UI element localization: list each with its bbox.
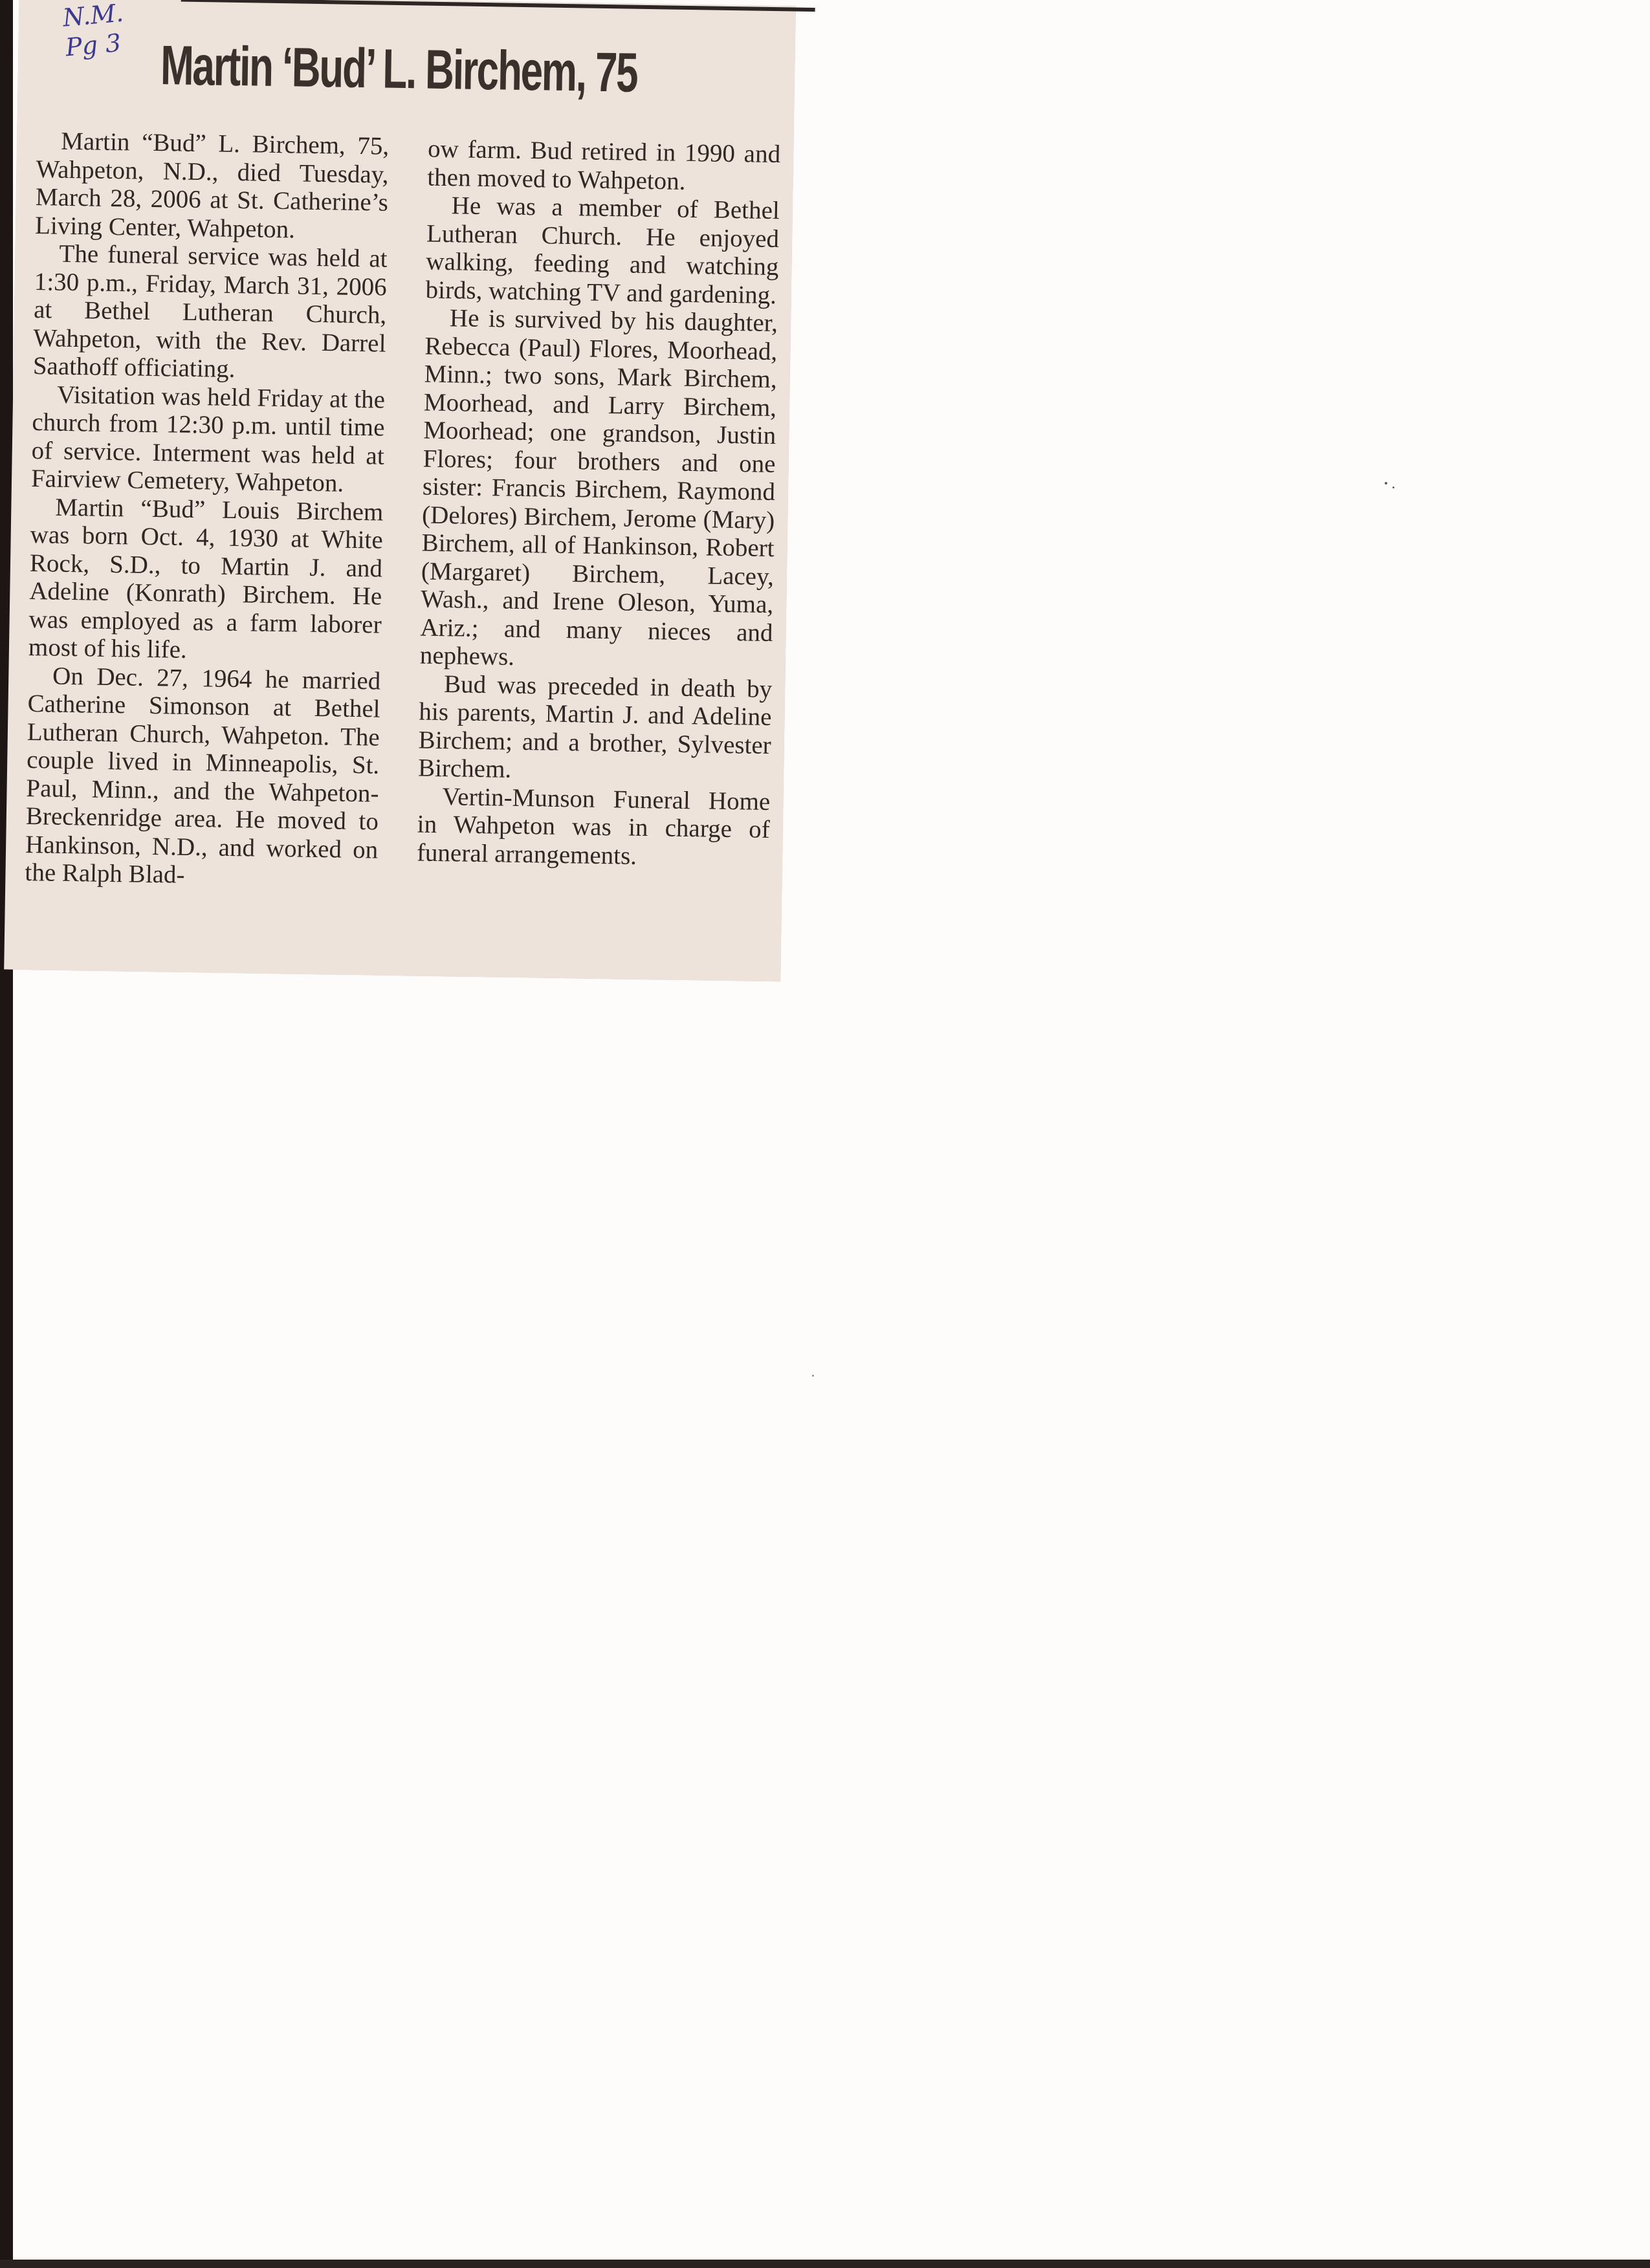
dust-speck <box>1392 486 1394 488</box>
paragraph-birth: Martin “Bud” Louis Birchem was born Oct.… <box>28 493 384 668</box>
scanner-edge-bottom <box>0 2260 1650 2268</box>
obituary-headline: Martin ‘Bud’ L. Birchem, 75 <box>160 34 626 105</box>
dust-speck <box>812 1375 814 1377</box>
header-rule <box>181 0 815 12</box>
right-column: ow farm. Bud retired in 1990 and then mo… <box>417 135 781 872</box>
paragraph-marriage: On Dec. 27, 1964 he married Catherine Si… <box>25 662 380 893</box>
paragraph-death-notice: Martin “Bud” L. Birchem, 75, Wahpeton, N… <box>35 127 390 245</box>
paragraph-funeral-service: The funeral service was held at 1:30 p.m… <box>32 239 387 386</box>
handwritten-note: N.M. Pg 3 <box>61 0 127 62</box>
paragraph-preceded: Bud was preceded in death by his parents… <box>418 670 773 788</box>
paragraph-funeral-home: Vertin-Munson Funeral Home in Wahpeton w… <box>417 782 771 872</box>
paragraph-retirement: ow farm. Bud retired in 1990 and then mo… <box>427 135 780 197</box>
paragraph-visitation: Visitation was held Friday at the church… <box>31 380 386 499</box>
paragraph-church-hobbies: He was a member of Bethel Lutheran Churc… <box>425 191 780 310</box>
dust-speck <box>1385 482 1387 485</box>
newspaper-clipping: N.M. Pg 3 Martin ‘Bud’ L. Birchem, 75 Ma… <box>4 0 796 981</box>
handwritten-note-line2: Pg 3 <box>64 27 127 62</box>
scanner-edge-left <box>0 0 13 2268</box>
left-column: Martin “Bud” L. Birchem, 75, Wahpeton, N… <box>25 127 389 892</box>
paragraph-survivors: He is survived by his daughter, Rebecca … <box>420 304 778 675</box>
